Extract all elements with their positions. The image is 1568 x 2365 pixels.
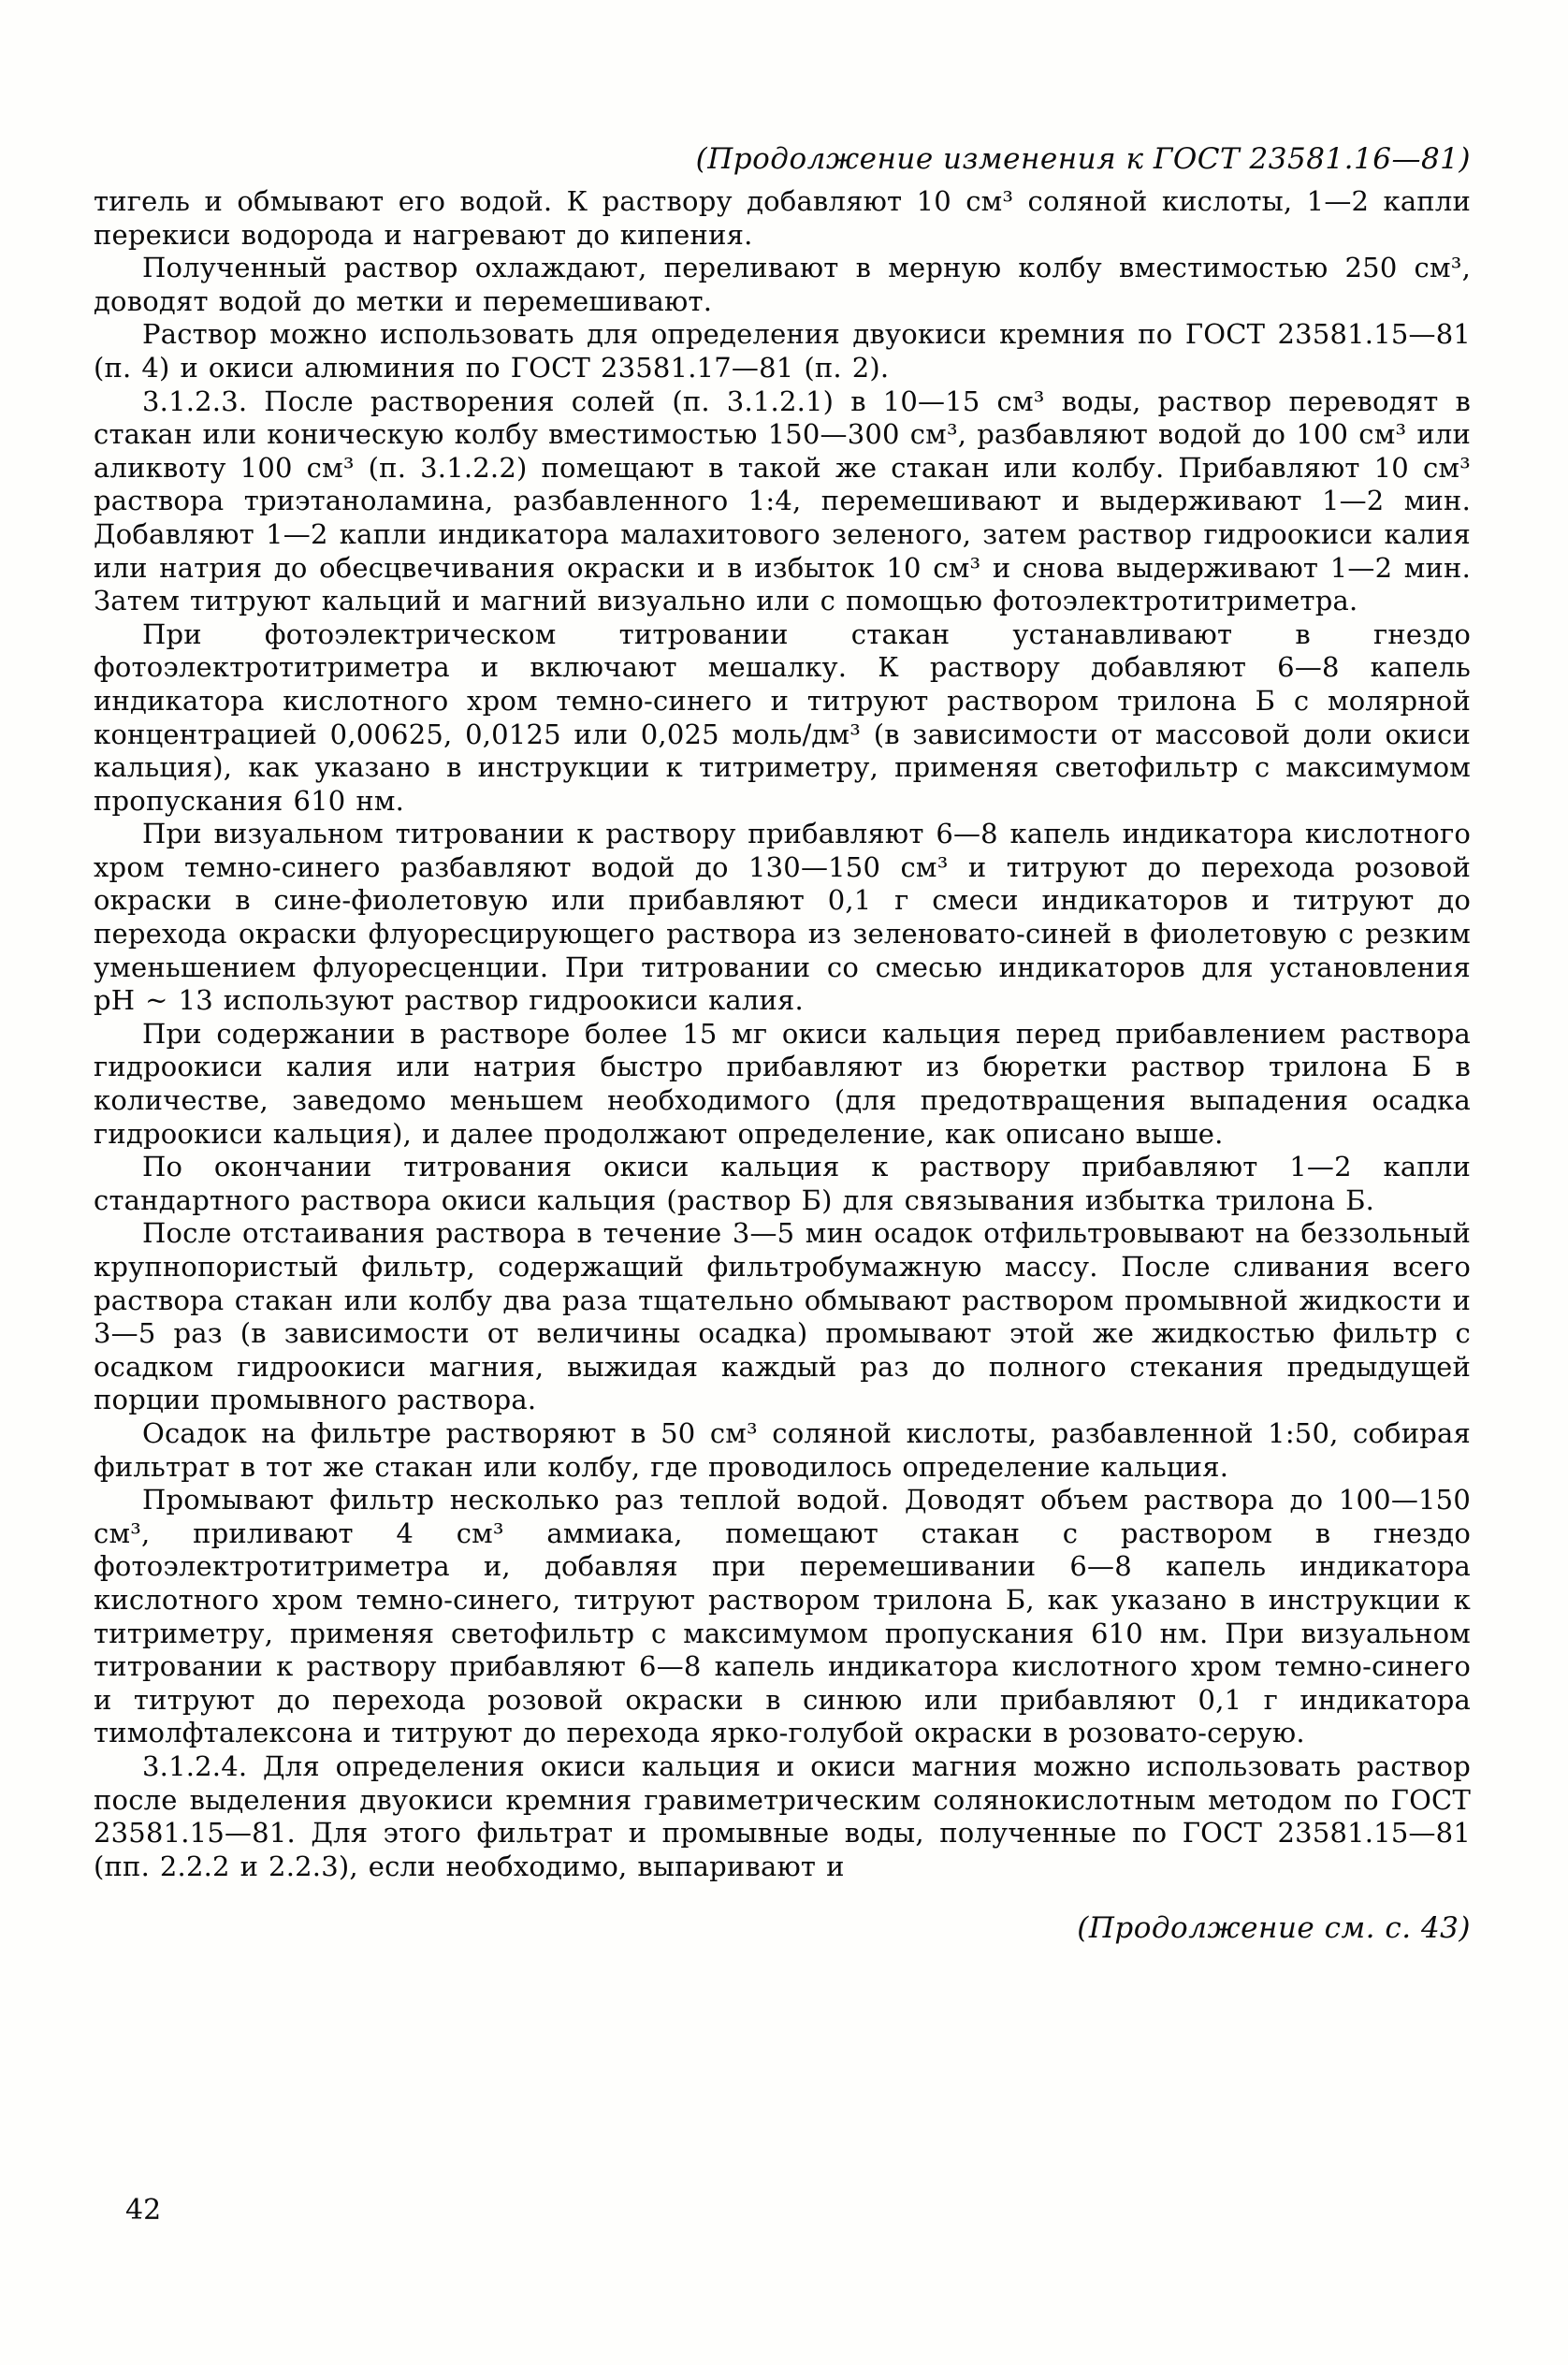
paragraph: 3.1.2.4. Для определения окиси кальция и… [94,1750,1471,1883]
paragraph: Раствор можно использовать для определен… [94,318,1471,384]
paragraph: Промывают фильтр несколько раз теплой во… [94,1484,1471,1750]
paragraph: Полученный раствор охлаждают, переливают… [94,252,1471,318]
paragraph: При содержании в растворе более 15 мг ок… [94,1018,1471,1151]
paragraph: После отстаивания раствора в течение 3—5… [94,1217,1471,1417]
page-number: 42 [125,2195,161,2227]
document-page: (Продолжение изменения к ГОСТ 23581.16—8… [0,0,1568,2365]
continuation-header-note: (Продолжение изменения к ГОСТ 23581.16—8… [94,140,1471,178]
paragraph: При визуальном титровании к раствору при… [94,818,1471,1018]
paragraph: 3.1.2.3. После растворения солей (п. 3.1… [94,385,1471,618]
paragraph: При фотоэлектрическом титровании стакан … [94,618,1471,819]
page-content: (Продолжение изменения к ГОСТ 23581.16—8… [94,140,1471,1947]
continuation-footer-note: (Продолжение см. с. 43) [94,1909,1471,1947]
paragraph: По окончании титрования окиси кальция к … [94,1151,1471,1217]
body-text: тигель и обмывают его водой. К раствору … [94,185,1471,1883]
paragraph: тигель и обмывают его водой. К раствору … [94,185,1471,252]
paragraph: Осадок на фильтре растворяют в 50 см³ со… [94,1417,1471,1484]
